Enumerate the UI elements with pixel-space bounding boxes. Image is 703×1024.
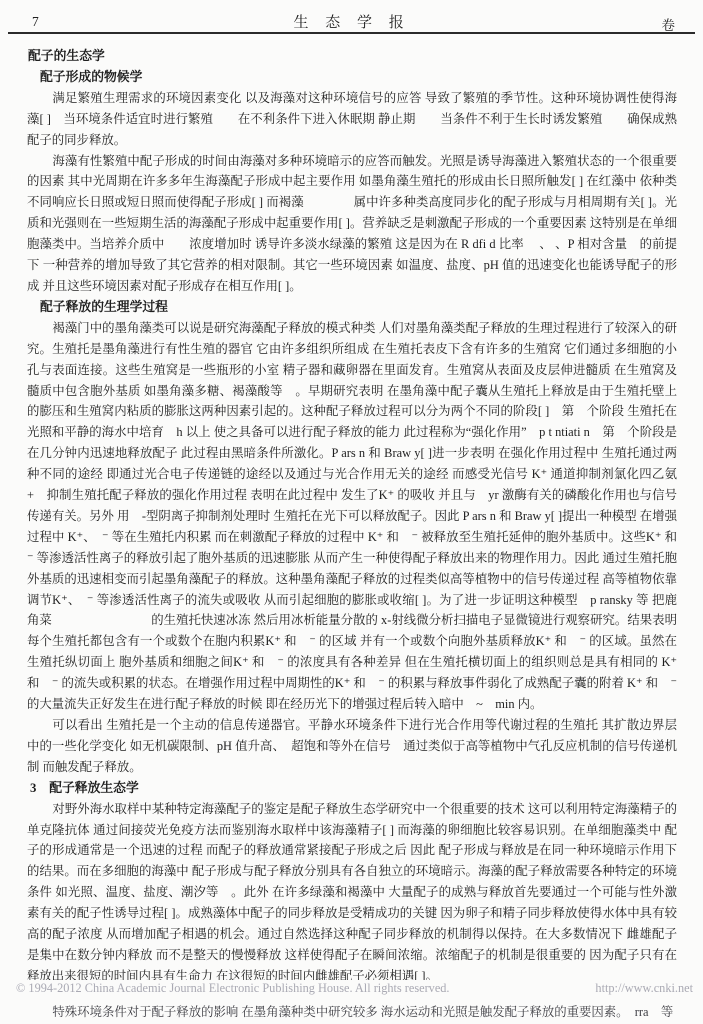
section-heading-gamete-ecology: 配子的生态学	[28, 46, 677, 67]
watermark: © 1994-2012 China Academic Journal Elect…	[16, 981, 693, 996]
paragraph-physiology-2: 可以看出 生殖托是一个主动的信息传递器官。平静水环境条件下进行光合作用等代谢过程…	[27, 715, 677, 778]
journal-page: 7 生 态 学 报 卷 配子的生态学 配子形成的物候学 满足繁殖生理需求的环境因…	[0, 0, 703, 1024]
journal-title: 生 态 学 报	[294, 11, 405, 32]
paragraph-phenology-1: 满足繁殖生理需求的环境因素变化 以及海藻对这种环境信号的应答 导致了繁殖的季节性…	[27, 88, 677, 151]
paragraph-phenology-2: 海藻有性繁殖中配子形成的时间由海藻对多种环境暗示的应答而触发。光照是诱导海藻进入…	[27, 151, 677, 297]
header-rule	[8, 32, 695, 34]
section-heading-release-ecology: 3 配子释放生态学	[30, 778, 677, 799]
page-header: 7 生 态 学 报 卷	[30, 8, 675, 34]
paragraph-release-1: 对野外海水取样中某种特定海藻配子的鉴定是配子释放生态学研究中一个很重要的技术 这…	[27, 799, 677, 980]
bottom-paragraph: 特殊环境条件对于配子释放的影响 在墨角藻种类中研究较多 海水运动和光照是触发配子…	[27, 1002, 677, 1023]
watermark-url: http://www.cnki.net	[595, 981, 693, 996]
article-body: 配子的生态学 配子形成的物候学 满足繁殖生理需求的环境因素变化 以及海藻对这种环…	[27, 44, 677, 980]
subsection-heading-phenology: 配子形成的物候学	[40, 67, 677, 88]
subsection-heading-physiology: 配子释放的生理学过程	[40, 297, 677, 318]
volume-label: 卷	[662, 14, 676, 34]
watermark-copyright: © 1994-2012 China Academic Journal Elect…	[16, 981, 450, 996]
paragraph-physiology-1: 褐藻门中的墨角藻类可以说是研究海藻配子释放的模式种类 人们对墨角藻类配子释放的生…	[27, 318, 677, 715]
page-number: 7	[32, 14, 39, 30]
